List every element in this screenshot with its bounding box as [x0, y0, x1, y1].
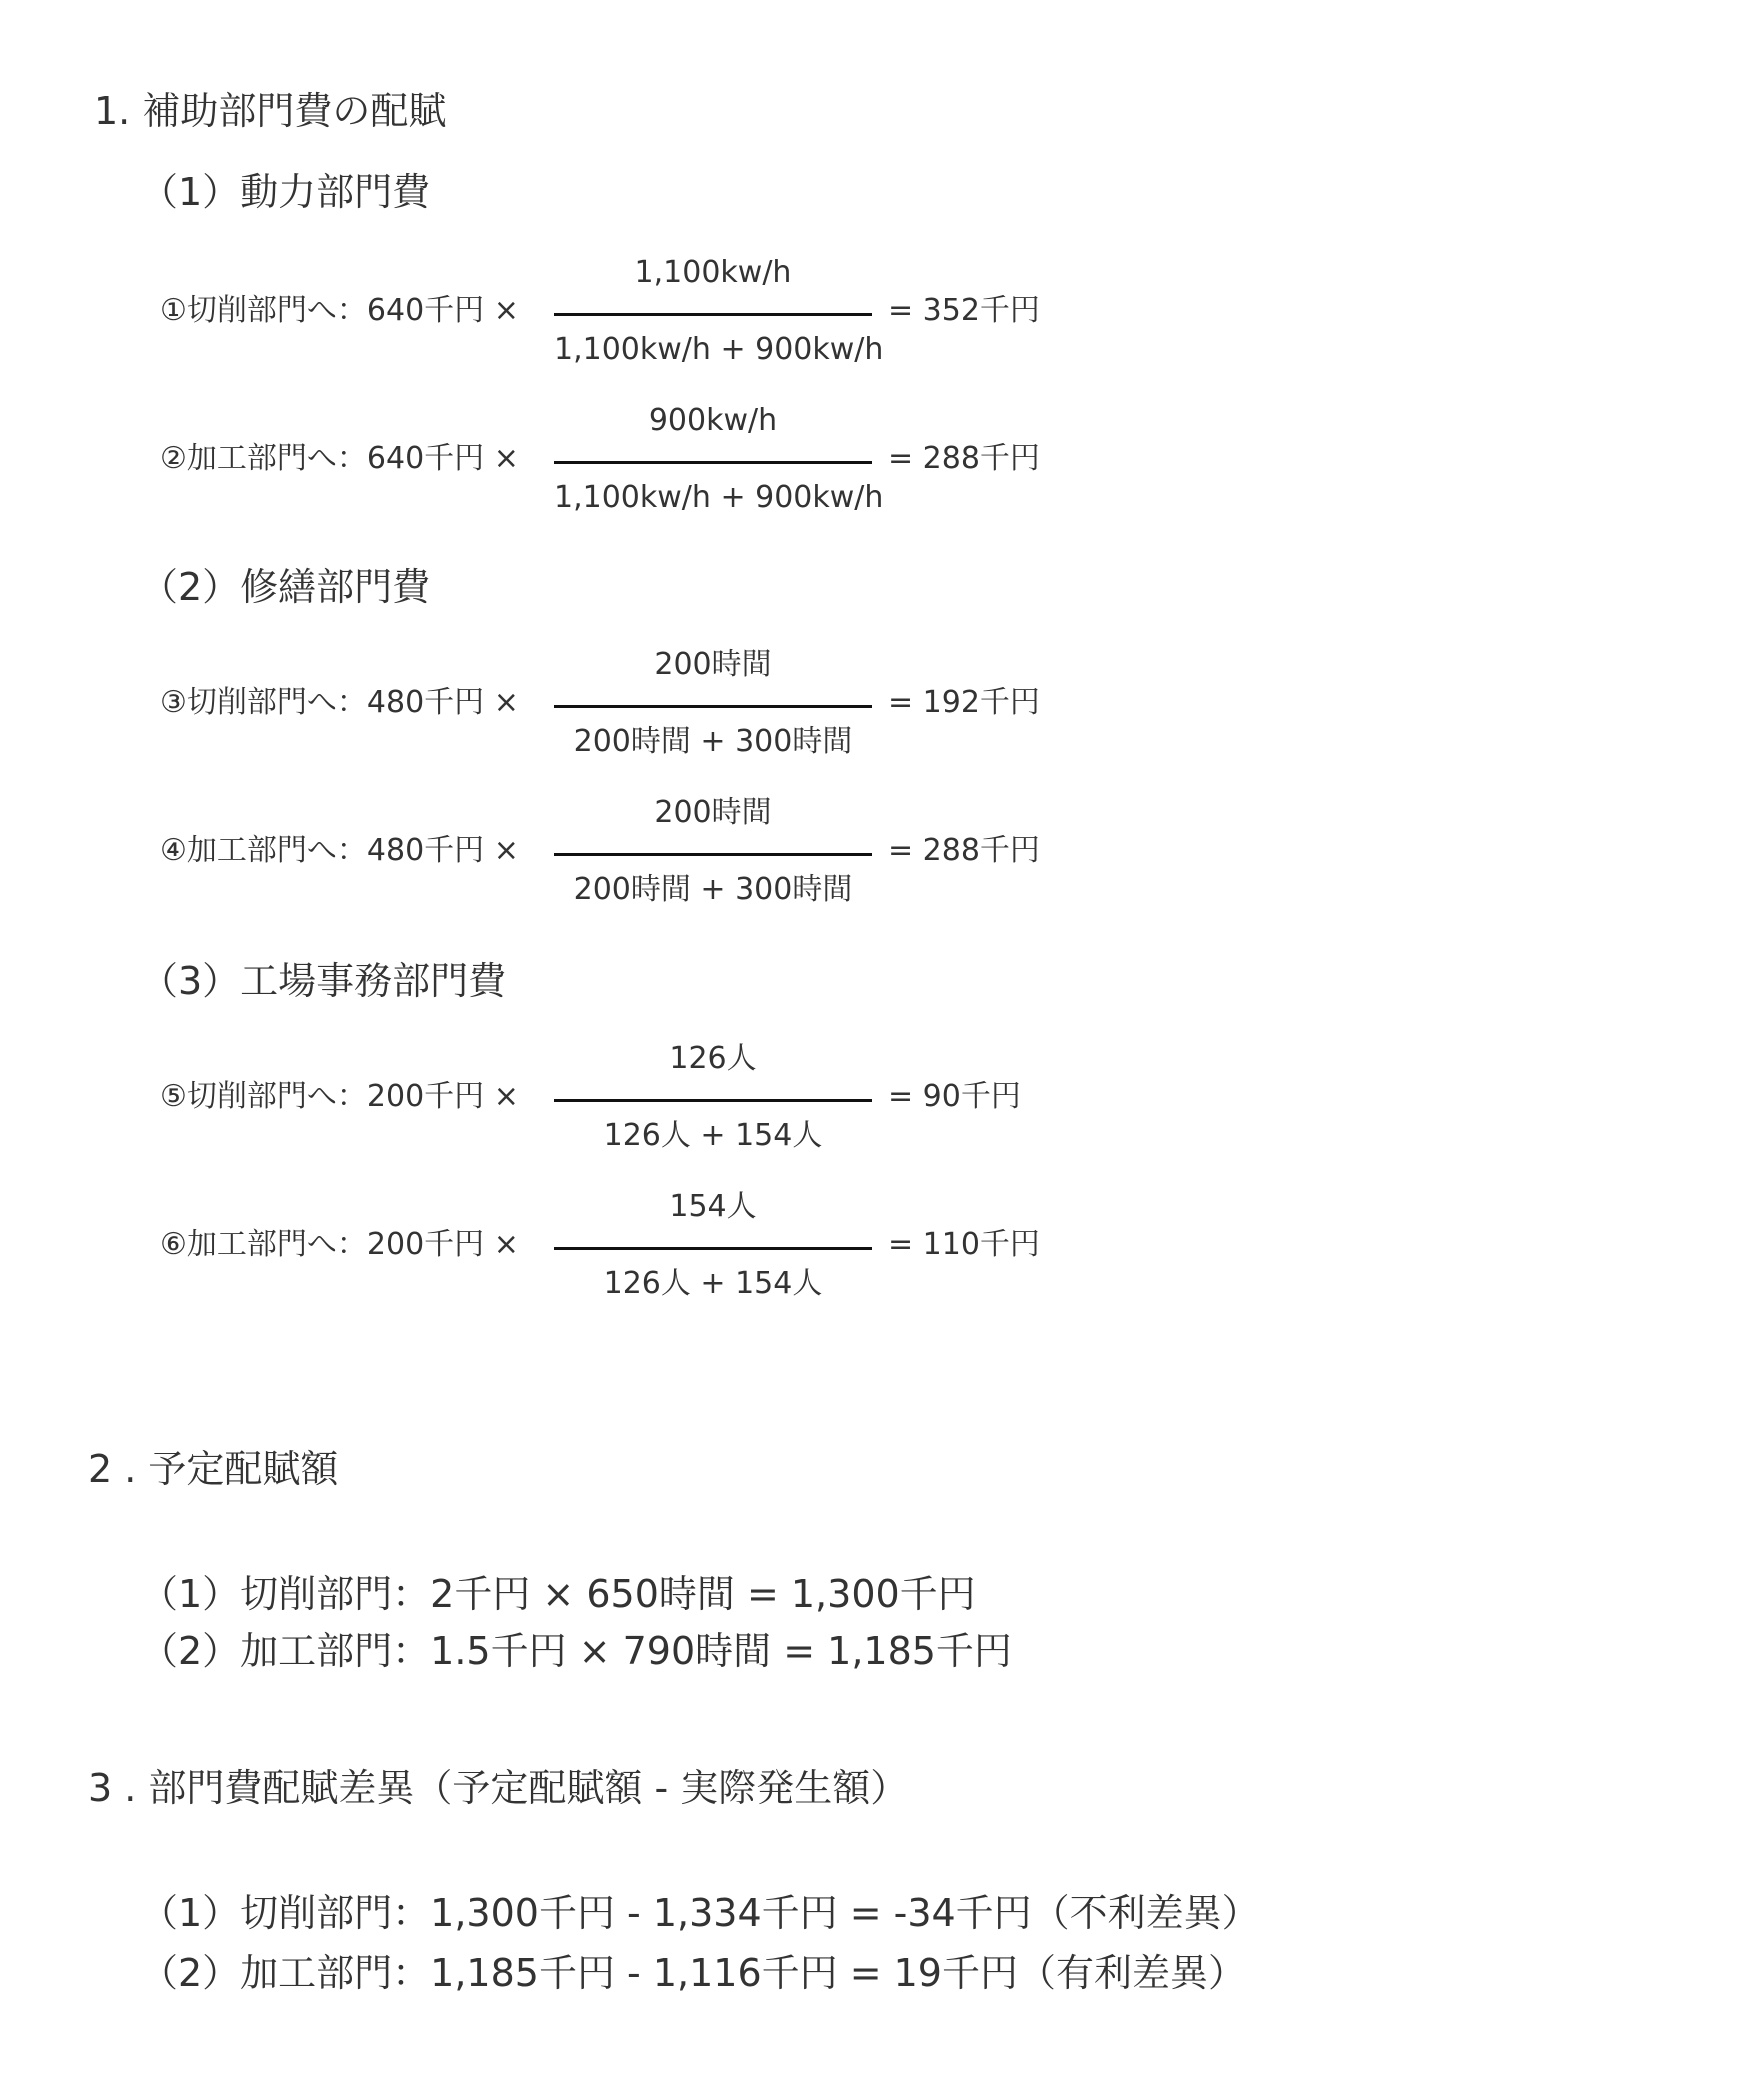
fraction-numerator: 126人	[554, 1044, 872, 1074]
fraction: 200時間 200時間 + 300時間	[554, 650, 872, 810]
calc-row-label: ③切削部門へ：480千円 ×	[160, 688, 519, 718]
calc-row-result: = 288千円	[888, 836, 1040, 866]
fraction-denominator: 200時間 + 300時間	[554, 875, 872, 905]
fraction-bar	[554, 313, 872, 316]
fraction-numerator: 1,100kw/h	[554, 258, 872, 288]
calc-row-label: ①切削部門へ：640千円 ×	[160, 296, 519, 326]
calc-row-result: = 90千円	[888, 1082, 1021, 1112]
fraction-bar	[554, 1099, 872, 1102]
fraction-numerator: 900kw/h	[554, 406, 872, 436]
fraction-denominator: 126人 + 154人	[554, 1121, 872, 1151]
fraction-denominator: 200時間 + 300時間	[554, 727, 872, 757]
predetermined-cutting-line: （1）切削部門：2千円 × 650時間 = 1,300千円	[140, 1575, 976, 1613]
fraction-bar	[554, 461, 872, 464]
calc-row-result: = 110千円	[888, 1230, 1040, 1260]
fraction-numerator: 154人	[554, 1192, 872, 1222]
fraction: 1,100kw/h 1,100kw/h + 900kw/h	[554, 258, 872, 418]
calc-row-result: = 192千円	[888, 688, 1040, 718]
variance-processing-line: （2）加工部門：1,185千円 - 1,116千円 = 19千円（有利差異）	[140, 1954, 1246, 1992]
section-3-heading: 3 . 部門費配賦差異（予定配賦額 - 実際発生額）	[88, 1769, 908, 1807]
predetermined-processing-line: （2）加工部門：1.5千円 × 790時間 = 1,185千円	[140, 1632, 1012, 1670]
subsection-factory-office-heading: （3）工場事務部門費	[140, 962, 506, 1000]
fraction-denominator: 126人 + 154人	[554, 1269, 872, 1299]
fraction: 154人 126人 + 154人	[554, 1192, 872, 1352]
fraction-bar	[554, 705, 872, 708]
calc-row-label: ②加工部門へ：640千円 ×	[160, 444, 519, 474]
subsection-power-heading: （1）動力部門費	[140, 173, 430, 211]
calc-row-result: = 352千円	[888, 296, 1040, 326]
fraction-bar	[554, 1247, 872, 1250]
fraction-bar	[554, 853, 872, 856]
subsection-repair-heading: （2）修繕部門費	[140, 568, 430, 606]
calc-row-label: ⑥加工部門へ：200千円 ×	[160, 1230, 519, 1260]
fraction: 900kw/h 1,100kw/h + 900kw/h	[554, 406, 872, 566]
calc-row-label: ⑤切削部門へ：200千円 ×	[160, 1082, 519, 1112]
fraction-numerator: 200時間	[554, 798, 872, 828]
section-1-heading: 1. 補助部門費の配賦	[94, 92, 446, 130]
section-2-heading: 2 . 予定配賦額	[88, 1450, 338, 1488]
fraction: 126人 126人 + 154人	[554, 1044, 872, 1204]
variance-cutting-line: （1）切削部門：1,300千円 - 1,334千円 = -34千円（不利差異）	[140, 1894, 1260, 1932]
fraction-denominator: 1,100kw/h + 900kw/h	[554, 483, 872, 513]
fraction-numerator: 200時間	[554, 650, 872, 680]
calc-row-label: ④加工部門へ：480千円 ×	[160, 836, 519, 866]
fraction-denominator: 1,100kw/h + 900kw/h	[554, 335, 872, 365]
fraction: 200時間 200時間 + 300時間	[554, 798, 872, 958]
calc-row-result: = 288千円	[888, 444, 1040, 474]
